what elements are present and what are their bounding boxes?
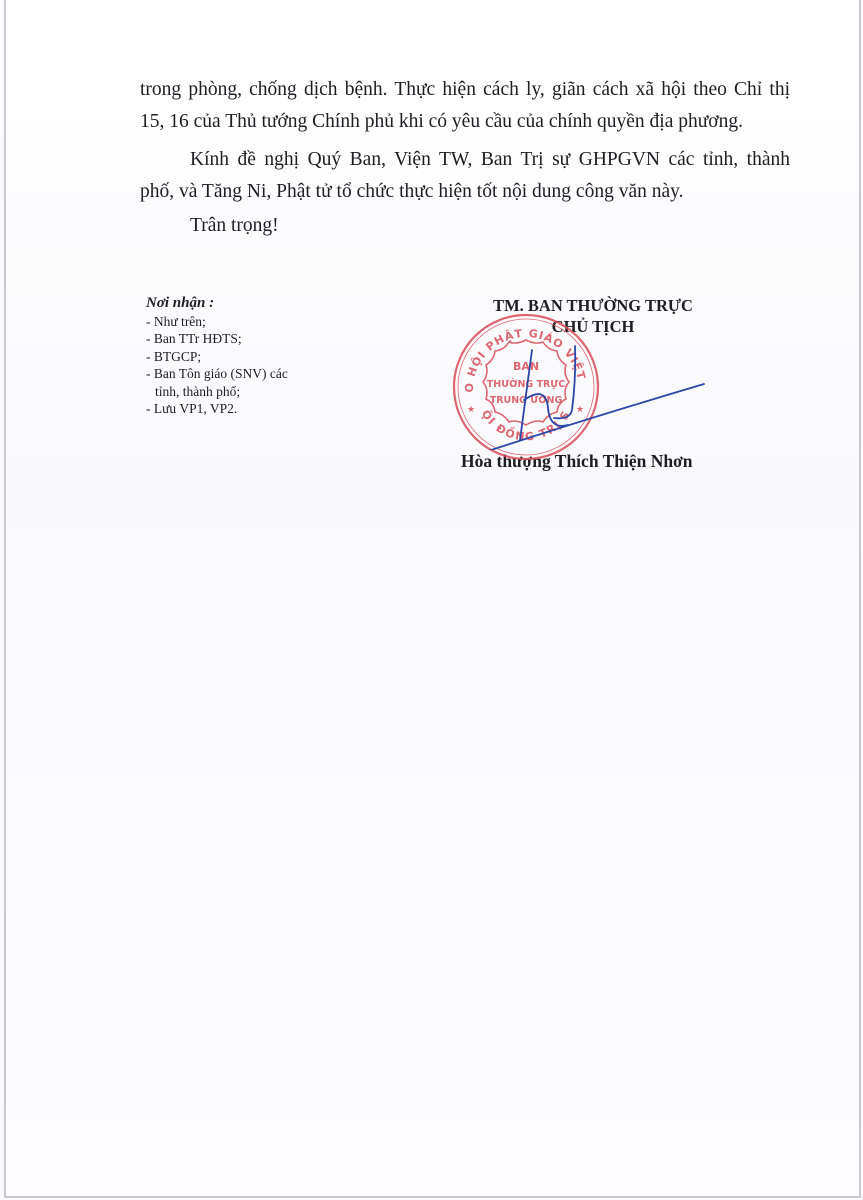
paragraph-request: Kính đề nghị Quý Ban, Viện TW, Ban Trị s… (140, 144, 790, 208)
closing-line: Trân trọng! (140, 210, 790, 242)
recipient-item: - Ban Tôn giáo (SNV) các (146, 365, 288, 383)
paragraph-line: phố, và Tăng Ni, Phật tử tổ chức thực hi… (140, 176, 790, 208)
paragraph-line: Kính đề nghị Quý Ban, Viện TW, Ban Trị s… (140, 144, 790, 176)
paragraph-line: 15, 16 của Thủ tướng Chính phủ khi có yê… (140, 106, 790, 138)
closing-text: Trân trọng! (140, 210, 790, 242)
paragraph-quarantine: trong phòng, chống dịch bệnh. Thực hiện … (140, 74, 790, 138)
recipients-title: Nơi nhận : (146, 295, 288, 313)
recipient-item: - BTGCP; (146, 348, 288, 366)
recipient-item: - Ban TTr HĐTS; (146, 330, 288, 348)
svg-text:★: ★ (467, 405, 475, 415)
paragraph-line: trong phòng, chống dịch bệnh. Thực hiện … (140, 74, 790, 106)
recipients-list: Nơi nhận : - Như trên; - Ban TTr HĐTS; -… (146, 295, 288, 418)
signature-icon (476, 340, 716, 450)
document-page: trong phòng, chống dịch bệnh. Thực hiện … (4, 0, 861, 1198)
recipient-item: - Lưu VP1, VP2. (146, 400, 288, 418)
recipient-item: - Như trên; (146, 313, 288, 331)
recipient-item: tỉnh, thành phố; (146, 383, 288, 401)
